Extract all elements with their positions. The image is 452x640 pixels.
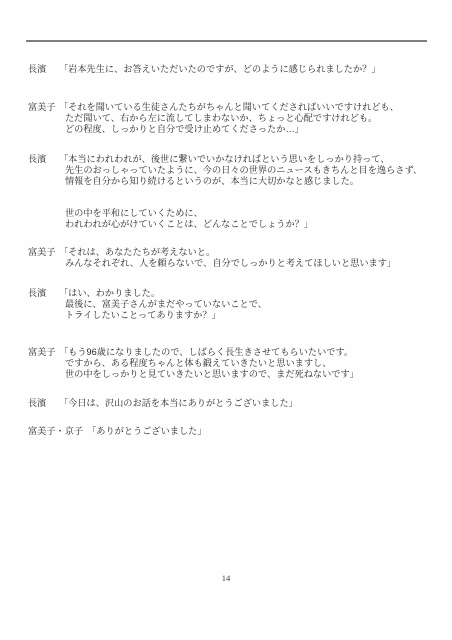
speech-line: どの程度、しっかりと自分で受け止めてくださったか…」 bbox=[59, 124, 399, 135]
speech-line: ですから、ある程度ちゃんと体も鍛えていきたいと思いますし、 bbox=[59, 358, 359, 369]
speaker-name: 長濱 bbox=[28, 154, 59, 165]
speech-line: われわれが心がけていくことは、どんなことでしょうか？」 bbox=[59, 219, 313, 230]
speech-text: 「それを聞いている生徒さんたちがちゃんと聞いてくださればいいですけれども、 ただ… bbox=[59, 102, 399, 135]
dialogue-block: 富美子 「それを聞いている生徒さんたちがちゃんと聞いてくださればいいですけれども… bbox=[28, 102, 452, 135]
speech-line: 先生のおっしゃっていたように、今の日々の世界のニュースもきちんと目を逸らさず、 bbox=[59, 165, 422, 176]
page-number: 14 bbox=[0, 573, 452, 584]
speech-line: 「ありがとうございました」 bbox=[87, 426, 206, 437]
dialogue-block: 富美子 「もう96歳になりましたので、しばらく長生きさせてもらいたいです。 です… bbox=[28, 347, 452, 380]
speech-line: 世の中を平和にしていくために、 bbox=[59, 208, 313, 219]
speaker-name: 富美子 bbox=[28, 347, 59, 358]
dialogue-block: 長濱 「はい、わかりました。 最後に、富美子さんがまだやっていないことで、 トラ… bbox=[28, 288, 452, 321]
dialogue-block: 富美子・京子 「ありがとうございました」 bbox=[28, 426, 452, 437]
speech-line: みんなそれぞれ、人を頼らないで、自分でしっかりと考えてほしいと思います」 bbox=[59, 258, 396, 269]
document-page: 長濱 「岩本先生に、お答えいただいたのですが、どのように感じられましたか？」 富… bbox=[0, 0, 452, 640]
speech-text: 「もう96歳になりましたので、しばらく長生きさせてもらいたいです。 ですから、あ… bbox=[59, 347, 359, 380]
dialogue-block: 長濱 「岩本先生に、お答えいただいたのですが、どのように感じられましたか？」 bbox=[28, 64, 452, 75]
speech-text: 「今日は、沢山のお話を本当にありがとうございました」 bbox=[59, 398, 298, 409]
speaker-name: 長濱 bbox=[28, 64, 59, 75]
speech-text: 「それは、あなたたちが考えないと。 みんなそれぞれ、人を頼らないで、自分でしっか… bbox=[59, 247, 396, 269]
speech-line: 「もう96歳になりましたので、しばらく長生きさせてもらいたいです。 bbox=[59, 347, 359, 358]
speaker-name: 富美子 bbox=[28, 102, 59, 113]
speech-text: 「岩本先生に、お答えいただいたのですが、どのように感じられましたか？」 bbox=[59, 64, 381, 75]
speech-text: 「ありがとうございました」 bbox=[87, 426, 206, 437]
speech-line: 情報を自分から知り続けるというのが、本当に大切かなと感じました。 bbox=[59, 176, 422, 187]
speaker-name: 長濱 bbox=[28, 288, 59, 299]
dialogue-continuation-block: 世の中を平和にしていくために、 われわれが心がけていくことは、どんなことでしょう… bbox=[28, 208, 452, 230]
speech-line: 「本当にわれわれが、後世に繋いでいかなければという思いをしっかり持って、 bbox=[59, 154, 422, 165]
dialogue-block: 富美子 「それは、あなたたちが考えないと。 みんなそれぞれ、人を頼らないで、自分… bbox=[28, 247, 452, 269]
speech-line: 「それは、あなたたちが考えないと。 bbox=[59, 247, 396, 258]
speaker-name: 長濱 bbox=[28, 398, 59, 409]
speech-line: トライしたいことってありますか？」 bbox=[59, 310, 267, 321]
speech-line: 世の中をしっかりと見ていきたいと思いますので、まだ死ねないです」 bbox=[59, 369, 359, 380]
speech-line: 「はい、わかりました。 bbox=[59, 288, 267, 299]
speech-line: 「今日は、沢山のお話を本当にありがとうございました」 bbox=[59, 398, 298, 409]
dialogue-block: 長濱 「本当にわれわれが、後世に繋いでいかなければという思いをしっかり持って、 … bbox=[28, 154, 452, 187]
speech-line: ただ聞いて、右から左に流してしまわないか、ちょっと心配ですけれども。 bbox=[59, 113, 399, 124]
speech-line: 「それを聞いている生徒さんたちがちゃんと聞いてくださればいいですけれども、 bbox=[59, 102, 399, 113]
speech-text: 世の中を平和にしていくために、 われわれが心がけていくことは、どんなことでしょう… bbox=[59, 208, 313, 230]
speech-text: 「はい、わかりました。 最後に、富美子さんがまだやっていないことで、 トライした… bbox=[59, 288, 267, 321]
speech-text: 「本当にわれわれが、後世に繋いでいかなければという思いをしっかり持って、 先生の… bbox=[59, 154, 422, 187]
speech-line: 「岩本先生に、お答えいただいたのですが、どのように感じられましたか？」 bbox=[59, 64, 381, 75]
speaker-name: 富美子・京子 bbox=[28, 426, 87, 437]
speaker-name: 富美子 bbox=[28, 247, 59, 258]
speech-line: 最後に、富美子さんがまだやっていないことで、 bbox=[59, 299, 267, 310]
transcript: 長濱 「岩本先生に、お答えいただいたのですが、どのように感じられましたか？」 富… bbox=[0, 0, 452, 437]
dialogue-block: 長濱 「今日は、沢山のお話を本当にありがとうございました」 bbox=[28, 398, 452, 409]
